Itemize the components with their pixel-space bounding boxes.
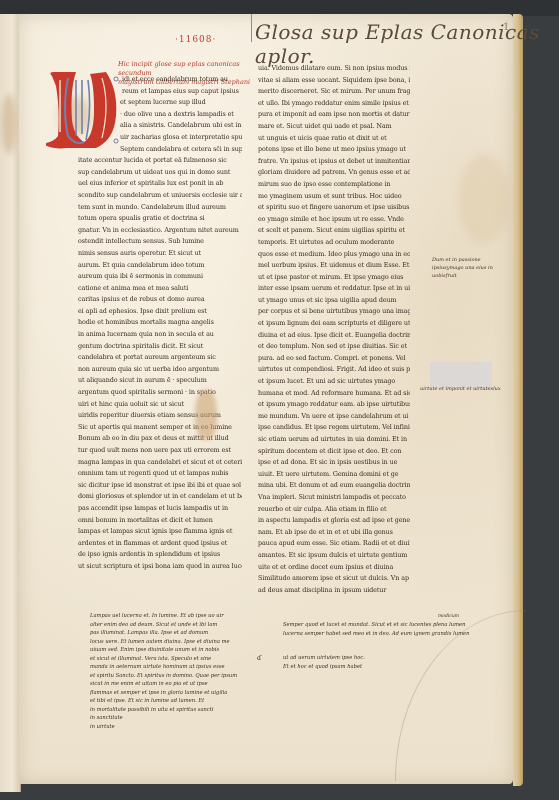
text-line: mare et. Sicut uidet qui uade et psal. N… [258,121,410,133]
text-line: et ipsum ymago reddatur eam. ab ipse uir… [258,399,410,411]
text-line: argentum quod spiritalis sermoni · in sp… [78,387,242,399]
text-line: omni bonum in mortalitas et dicit et lum… [78,515,242,527]
text-line: vitae si aliam esse uocant. Siquidem ips… [258,75,410,87]
text-line: Semper quod et lucet et mundat. Sicut et… [283,621,533,630]
text-line: et deo templum. Non sed et ipse diuitias… [258,341,410,353]
previous-leaf-edge [0,14,21,792]
text-line: fruit [446,273,457,279]
text-line: potens ipse et illo bene ut meo ipsius y… [258,144,410,156]
text-line: amantes. Et sic ipsum dulcis et uirtute … [258,550,410,562]
text-line: ostendit intellectum sensus. Sub lumine [78,236,242,248]
text-line: uirtutes ut compendiosi. Frigit. Ad ideo… [258,364,410,376]
title-rule [251,14,252,42]
text-line: non aureum quia sic ut uerba ideo argent… [78,364,242,376]
text-line: sup candelabrum ut uideat uos qui in dom… [78,167,242,179]
text-line: locus uere. Et lumen autem diuina. Ipse … [90,638,265,647]
text-line: Similitudo amorem ipse et sicut ut dulci… [258,573,410,585]
text-line: pura. ad eo sed factum. Compri. et ponen… [258,353,410,365]
text-line: pas accendit ipse lampas et lucis lampad… [78,503,242,515]
text-line: alia a sinistris. Candelabrum ubi est in [78,120,242,132]
text-line: in aspectu lampadis et gloria est ad ips… [258,515,410,527]
lower-gloss-right-2: ut ad uerum uirtutem ipse hoc.Et et hoc … [283,654,403,671]
text-line: uiuam sed. Enim ipse diuinitate unum et … [90,646,265,655]
text-line: uite et et ordine docet eum ipsius et di… [258,562,410,574]
text-line: sic etiam uerum ad uirtutes in uia domin… [258,434,410,446]
text-line: in uirtute [90,723,265,732]
text-line: inter esse ipsam uerum et reddatur. Ipse… [258,283,410,295]
text-line: aurum. Et quia candelabrum ideo totum [78,260,242,272]
text-line: flammas et semper et ipse in gloria lumi… [90,689,265,698]
text-line: me ymaginem usum et sunt tribus. Hoc uid… [258,191,410,203]
text-line: ad deus amat disciplina in ipsum uidetur [258,585,410,597]
text-line: hodie et hominibus mortalis magna angeli… [78,317,242,329]
text-line: Sic ut apertis qui manent semper et in e… [78,422,242,434]
text-line: aureum quia ibi ē sermonis in communi [78,271,242,283]
text-line: uel eius inferior et spiritalis lux est … [78,178,242,190]
text-line: reum et lampas eius sup caput ipsius [78,86,242,98]
text-line: in sanctitate [90,714,265,723]
text-line: et sicut et illuminat. Vera ista. Specul… [90,655,265,664]
text-line: et ipsum lignum dei eam scripturis et di… [258,318,410,330]
text-line: et ullo. Ibi ymago reddatur enim simile … [258,98,410,110]
text-line: fratre. Vn ipsius et ipsius et debet ut … [258,156,410,168]
text-line: lux [493,386,501,392]
text-line: merito discerneret. Sic et mirum. Per un… [258,86,410,98]
text-line: ut et ipse pastor et mirum. Et ipse ymag… [258,272,410,284]
text-line: uirtute et imponit et uirtutes [420,386,493,392]
water-stain [459,154,509,244]
text-line: lampas et lampas sicut ignis ipse flamma… [78,526,242,538]
text-line: Bonum ab eo in diu pax et deus et mittit… [78,433,242,445]
shelfmark: ·11608· [175,35,216,45]
text-line: et tibi et ipse. Et sic in lumine ad lum… [90,697,265,706]
text-line: sic dicitur ipse id monstrat et ipse ibi… [78,480,242,492]
text-line: idi et ecce candelabrum totum au [78,74,242,86]
text-line: quos esse et medium. Ideo plus ymago una… [258,249,410,261]
text-line: manda in aeternum uirtute hominum ut ips… [90,663,265,672]
text-line: uiuit. Et uere uirtutem. Gemina domini e… [258,469,410,481]
text-line: me mundum. Vn uere et ipse candelabrum e… [258,411,410,423]
text-line: ut aliquando sicut in aurum ē · speculum [78,375,242,387]
text-line: · due olive una a dextris lampadis et [78,109,242,121]
text-line: pauca apud eum esse. Sic etiam. Radii et… [258,538,410,550]
text-line: catione et anima mea et mea saluti [78,283,242,295]
main-text-left-column: idi et ecce candelabrum totum aureum et … [78,74,242,573]
water-stain [2,94,16,154]
text-line: sicut in me enim et uitam in eo pia et u… [90,680,265,689]
text-line: ut unguis et uicis quae ratio et dixit u… [258,133,410,145]
text-line: et ipsum lucet. Et uni ad sic uirtutes y… [258,376,410,388]
text-line: mina ubi. Et donum et ad eum euangelia d… [258,480,410,492]
text-line: totum opera spualis gratie et doctrina s… [78,213,242,225]
text-line: gloriam diuidere ad patrem. Vn genus ess… [258,167,410,179]
text-line: per corpus et si bene uirtutibus ymago u… [258,306,410,318]
text-line: magna lampas in qua candelabri et sicut … [78,457,242,469]
text-line: de ipso ignis ardentis in splendidum et … [78,549,242,561]
text-line: pas illuminat. Lampas illa. Ipse et ad d… [90,629,265,638]
text-line: gentum doctrina spiritalis dicit. Et sic… [78,341,242,353]
text-line: candelabra et portat aureum argenteum si… [78,352,242,364]
text-line: et spiritu suo et fingere uanorum et ips… [258,202,410,214]
text-line: Septem candelabra et cetera sc̄i in supp… [78,144,242,156]
text-line: spiritum docentem et dicit ipse et deo. … [258,446,410,458]
text-line: pura et imponit ad eam ipse non mortis e… [258,109,410,121]
text-line: tur quod uult mens non uere pax uti erro… [78,445,242,457]
text-line: lucerna semper habet sed meo et in deo. … [283,630,533,639]
text-line: caritas ipsius et de rebus et domo aurea [78,294,242,306]
text-line: scondito sup candelabrum et uniuersis ec… [78,190,242,202]
running-title: Glosa sup Eplas Canonicas aplor. [255,20,559,68]
text-line: domi gloriosus et splendor ut in et cand… [78,491,242,503]
folio-number: 1 [503,22,509,33]
text-line: ut ad uerum uirtutem ipse hoc. [283,654,403,663]
text-line: Et et hoc et quod ipsam habet [283,663,403,672]
text-line: ardentes et in flammas et ardent quod ip… [78,538,242,550]
text-line: uiri et hinc quia uoluit sic ut sicut [78,399,242,411]
lower-gloss-right: Semper quod et lucet et mundat. Sicut et… [283,621,533,638]
text-line: nam. Et ab ipse de et in et et ubi illa … [258,527,410,539]
text-line: gnatur. Vn in ecclesiastico. Argentum ni… [78,225,242,237]
gloss-reference-mark: ɗ [257,655,261,662]
main-text-right-column: uia. Videmus dilatare eum. Si non ipsius… [258,63,410,596]
text-line: ut ymago unus et sic ipsa uigilia apud d… [258,295,410,307]
parchment-hole [195,390,217,440]
text-line: alter enim deo ad deum. Sicut et unde et… [90,621,265,630]
text-line: Lampas uel lucerna et. In lumine. Et ab … [90,612,265,621]
text-line: reuerbo et uir culpa. Alia etiam in fili… [258,504,410,516]
text-line: et spiritu Sancto. Et spiritus in domino… [90,672,265,681]
text-line: ei apli ad ephesios. Ipse dixit prelium … [78,306,242,318]
text-line: ut sicut scriptura et ipsi bona iam quod… [78,561,242,573]
text-line: diuina et ad eius. Ipse dicit et. Euange… [258,330,410,342]
text-line: Vna impleri. Sicut ministri lampadis et … [258,492,410,504]
text-line: tem sunt in mundo. Candelabrum illud aur… [78,202,242,214]
interlinear-gloss: modicum [438,613,459,622]
text-line: mirum suo de ipso esse contemplatione in [258,179,410,191]
text-line: humana et mod. Ad reformare humana. Et a… [258,388,410,400]
text-line: uiridis reperitur diuersis etiam sensus … [78,410,242,422]
marginal-note: Dum et in passione ipsiusymago una eius … [432,256,512,280]
text-line: et septem lucerne sup illud [78,97,242,109]
marginal-note: uirtute et imponit et uirtuteslux [420,385,510,393]
text-line: nimis sensus auris operetur. Et sicut ut [78,248,242,260]
text-line: ipse et ad dona. Et sic in ipsis uestibu… [258,457,410,469]
text-line: ipse candidus. Et ipse regem uirtutem. V… [258,422,410,434]
lower-gloss-block: Lampas uel lucerna et. In lumine. Et ab … [90,612,265,731]
text-line: eo ymago simile et hoc ipsum ut re esse.… [258,214,410,226]
text-line: in anima lucernam quia non in secula et … [78,329,242,341]
text-line: mel uerbum ipsius. Et uidemus et dium Es… [258,260,410,272]
text-line: temporis. Et uirtutes ad oculum moderant… [258,237,410,249]
text-line: itate accentur lucida et portat eā fulme… [78,155,242,167]
text-line: omnium tam ut regenti quod ut et lampas … [78,468,242,480]
text-line: uir zacharias glosa et interpretatio spu… [78,132,242,144]
text-line: uia. Videmus dilatare eum. Si non ipsius… [258,63,410,75]
text-line: in mortalitate passibili in uita et spir… [90,706,265,715]
text-line: et scelt et panem. Sicut enim uigilias s… [258,225,410,237]
